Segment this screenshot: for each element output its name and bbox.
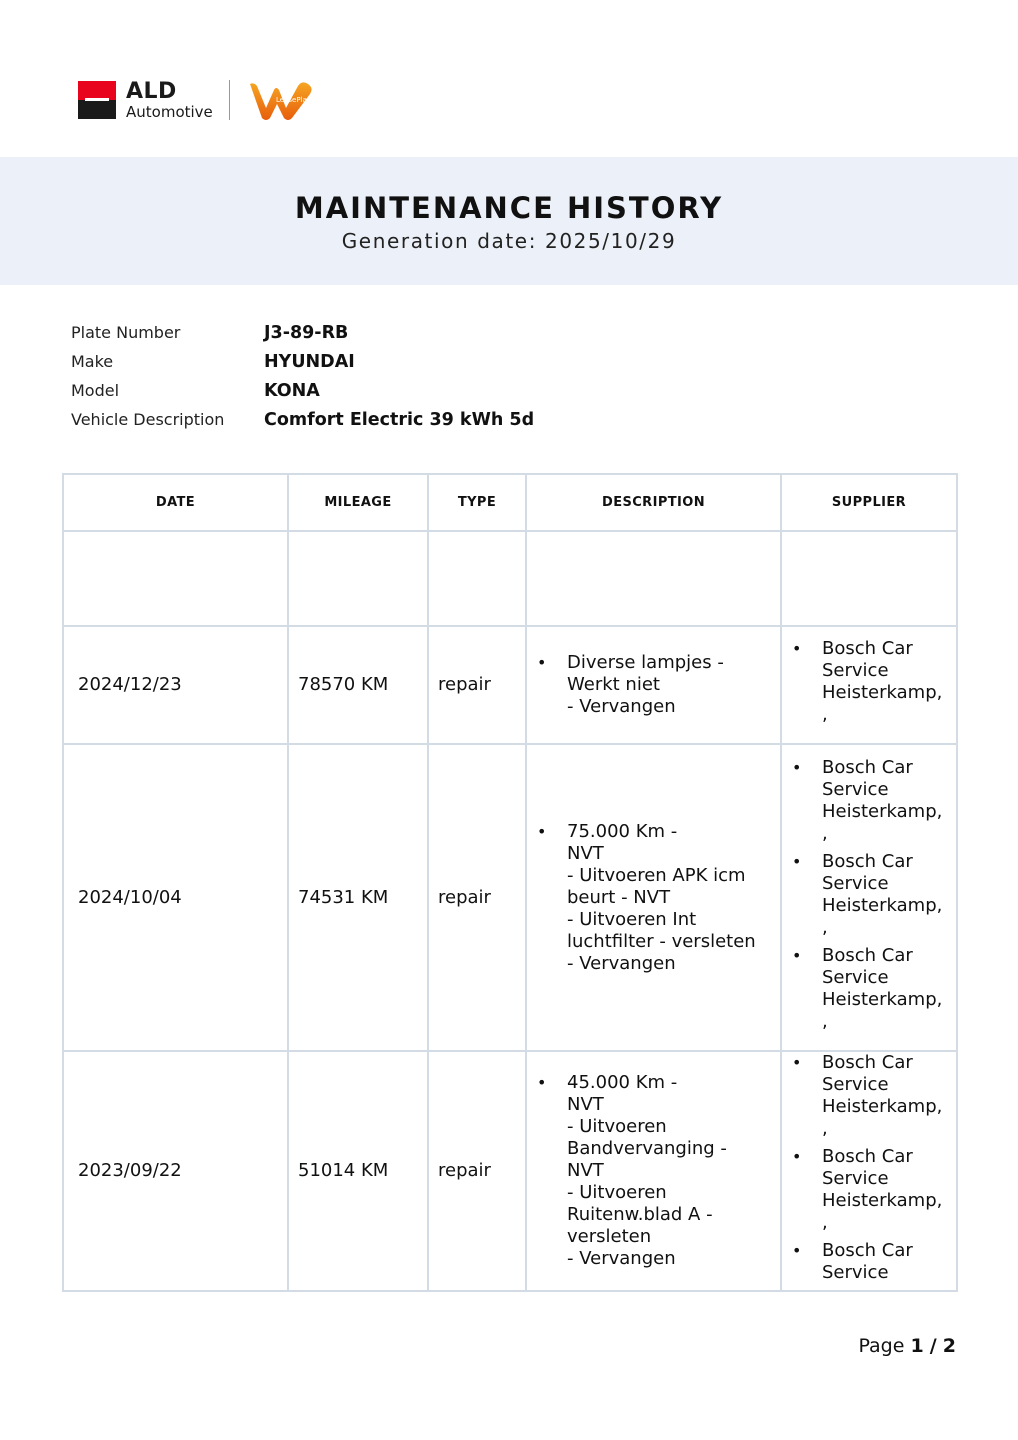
date-cell: 2023/09/22 — [63, 1051, 288, 1291]
table-row: 2023/09/22 51014 KM repair 45.000 Km - N… — [63, 1051, 957, 1291]
make-value: HYUNDAI — [264, 352, 355, 372]
table-row: 2024/10/04 74531 KM repair 75.000 Km - N… — [63, 744, 957, 1051]
maintenance-table: DATE MILEAGE TYPE DESCRIPTION SUPPLIER 2… — [62, 473, 958, 1292]
supplier-cell: Bosch Car Service Heisterkamp, , Bosch C… — [781, 744, 957, 1051]
column-header-supplier: SUPPLIER — [781, 474, 957, 531]
vehicle-info: Plate Number J3-89-RB Make HYUNDAI Model… — [71, 318, 534, 434]
model-value: KONA — [264, 381, 320, 401]
info-row-plate: Plate Number J3-89-RB — [71, 318, 534, 347]
description-item: Diverse lampjes - Werkt niet - Vervangen — [537, 652, 772, 718]
page-prefix: Page — [858, 1335, 904, 1357]
page-title: MAINTENANCE HISTORY — [0, 191, 1018, 225]
vehicle-description-label: Vehicle Description — [71, 410, 264, 429]
column-header-date: DATE — [63, 474, 288, 531]
description-item: 45.000 Km - NVT - Uitvoeren Bandvervangi… — [537, 1072, 772, 1270]
column-header-mileage: MILEAGE — [288, 474, 428, 531]
empty-row — [63, 531, 957, 626]
table-row: 2024/12/23 78570 KM repair Diverse lampj… — [63, 626, 957, 744]
vehicle-description-value: Comfort Electric 39 kWh 5d — [264, 410, 534, 430]
column-header-description: DESCRIPTION — [526, 474, 781, 531]
title-band: MAINTENANCE HISTORY Generation date: 202… — [0, 157, 1018, 285]
mileage-cell: 51014 KM — [288, 1051, 428, 1291]
description-item: 75.000 Km - NVT - Uitvoeren APK icm beur… — [537, 821, 772, 975]
date-cell: 2024/10/04 — [63, 744, 288, 1051]
logo-bar: ALD Automotive LeasePlan — [78, 78, 318, 122]
type-cell: repair — [428, 626, 526, 744]
page-separator: / — [930, 1335, 937, 1357]
supplier-item: Bosch Car Service — [792, 1240, 948, 1284]
info-row-description: Vehicle Description Comfort Electric 39 … — [71, 405, 534, 434]
supplier-item: Bosch Car Service Heisterkamp, , — [792, 851, 948, 939]
leaseplan-logo-icon: LeasePlan — [246, 78, 318, 122]
generation-date: Generation date: 2025/10/29 — [0, 229, 1018, 253]
supplier-item: Bosch Car Service Heisterkamp, , — [792, 638, 948, 726]
info-row-model: Model KONA — [71, 376, 534, 405]
description-cell: 45.000 Km - NVT - Uitvoeren Bandvervangi… — [526, 1051, 781, 1291]
ald-logo-line1: ALD — [126, 81, 213, 103]
table-header-row: DATE MILEAGE TYPE DESCRIPTION SUPPLIER — [63, 474, 957, 531]
plate-label: Plate Number — [71, 323, 264, 342]
description-cell: Diverse lampjes - Werkt niet - Vervangen — [526, 626, 781, 744]
mileage-cell: 74531 KM — [288, 744, 428, 1051]
description-cell: 75.000 Km - NVT - Uitvoeren APK icm beur… — [526, 744, 781, 1051]
page-indicator: Page 1 / 2 — [858, 1335, 956, 1357]
supplier-item: Bosch Car Service Heisterkamp, , — [792, 757, 948, 845]
page-total: 2 — [943, 1335, 956, 1357]
date-cell: 2024/12/23 — [63, 626, 288, 744]
supplier-item: Bosch Car Service Heisterkamp, , — [792, 945, 948, 1033]
type-cell: repair — [428, 744, 526, 1051]
mileage-cell: 78570 KM — [288, 626, 428, 744]
logo-divider — [229, 80, 230, 120]
supplier-item: Bosch Car Service Heisterkamp, , — [792, 1052, 948, 1140]
make-label: Make — [71, 352, 264, 371]
type-cell: repair — [428, 1051, 526, 1291]
ald-logo-text: ALD Automotive — [126, 81, 213, 120]
plate-value: J3-89-RB — [264, 323, 348, 343]
ald-logo-icon — [78, 81, 116, 119]
column-header-type: TYPE — [428, 474, 526, 531]
supplier-cell: Bosch Car Service Heisterkamp, , Bosch C… — [781, 1051, 957, 1291]
supplier-cell: Bosch Car Service Heisterkamp, , — [781, 626, 957, 744]
supplier-item: Bosch Car Service Heisterkamp, , — [792, 1146, 948, 1234]
info-row-make: Make HYUNDAI — [71, 347, 534, 376]
model-label: Model — [71, 381, 264, 400]
page-current: 1 — [910, 1335, 923, 1357]
ald-logo-line2: Automotive — [126, 105, 213, 120]
leaseplan-label: LeasePlan — [276, 96, 311, 104]
